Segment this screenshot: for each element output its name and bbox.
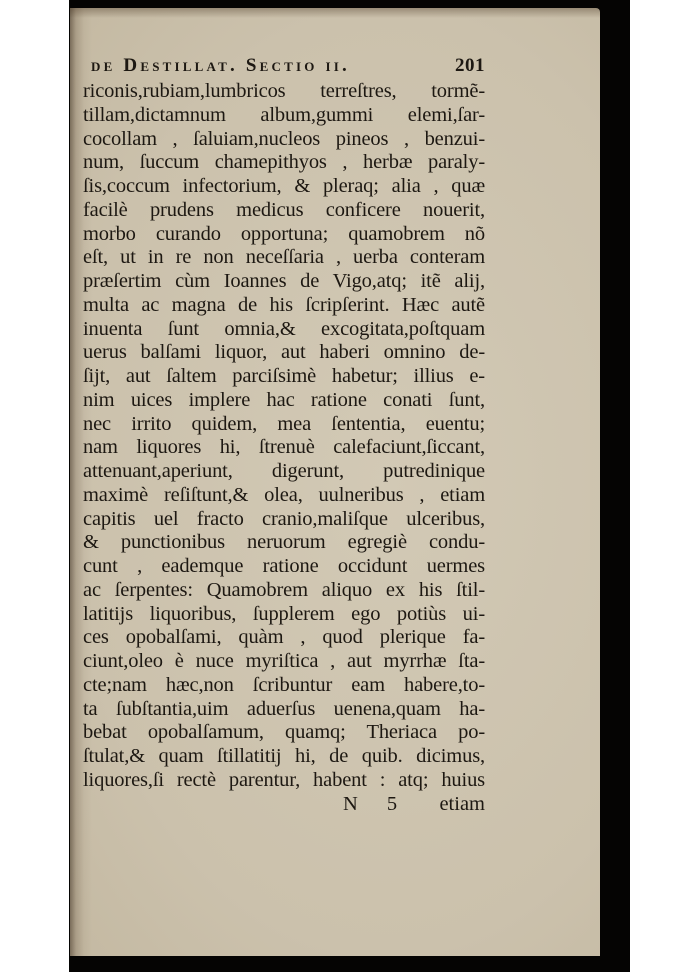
catchline: N 5 etiam: [83, 793, 485, 817]
text-line: nim uices implere hac ratione conati ſun…: [83, 389, 485, 413]
text-line: uerus balſami liquor, aut haberi omnino …: [83, 341, 485, 365]
text-line: maximè reſiſtunt,& olea, uulneribus , et…: [83, 484, 485, 508]
text-line: inuenta ſunt omnia,& excogitata,poſtquam: [83, 318, 485, 342]
text-line: liquores,ſi rectè parentur, habent : atq…: [83, 769, 485, 793]
text-line: tillam,dictamnum album,gummi elemi,ſar-: [83, 104, 485, 128]
body-text: riconis,rubiam,lumbricos terreſtres, tor…: [83, 80, 485, 793]
text-line: nam liquores hi, ſtrenuè calefaciunt,ſic…: [83, 436, 485, 460]
text-line: ſtulat,& quam ſtillatitij hi, de quib. d…: [83, 745, 485, 769]
text-line: eſt, ut in re non neceſſaria , uerba con…: [83, 246, 485, 270]
text-line: ces opobalſami, quàm , quod plerique fa-: [83, 626, 485, 650]
text-line: præſertim cùm Ioannes de Vigo,atq; itẽ a…: [83, 270, 485, 294]
text-line: capitis uel fracto cranio,maliſque ulcer…: [83, 508, 485, 532]
catchword: etiam: [439, 793, 485, 816]
running-head: de Destillat. Sectio ii. 201: [83, 55, 485, 79]
text-line: ta ſubſtantia,uim aduerſus uenena,quam h…: [83, 698, 485, 722]
text-line: num, ſuccum chamepithyos , herbæ paraly-: [83, 151, 485, 175]
text-line: morbo curando opportuna; quamobrem nõ: [83, 223, 485, 247]
text-line: cte;nam hæc,non ſcribuntur eam habere,to…: [83, 674, 485, 698]
running-head-title: de Destillat. Sectio ii.: [91, 55, 350, 77]
page-number: 201: [455, 55, 485, 77]
text-line: multa ac magna de his ſcripſerint. Hæc a…: [83, 294, 485, 318]
text-line: ac ſerpentes: Quamobrem aliquo ex his ſt…: [83, 579, 485, 603]
scan-background: de Destillat. Sectio ii. 201 riconis,rub…: [69, 0, 630, 972]
text-line: ſis,coccum infectorium, & pleraq; alia ,…: [83, 175, 485, 199]
text-line: riconis,rubiam,lumbricos terreſtres, tor…: [83, 80, 485, 104]
text-line: ciunt,oleo è nuce myriſtica , aut myrrhæ…: [83, 650, 485, 674]
text-line: latitijs liquoribus, ſupplerem ego potiù…: [83, 603, 485, 627]
text-line: nec irrito quidem, mea ſententia, euentu…: [83, 413, 485, 437]
text-line: cunt , eademque ratione occidunt uermes: [83, 555, 485, 579]
text-line: ſijt, aut ſaltem parciſsimè habetur; ill…: [83, 365, 485, 389]
text-line: attenuant,aperiunt, digerunt, putrediniq…: [83, 460, 485, 484]
text-line: bebat opobalſamum, quamq; Theriaca po-: [83, 721, 485, 745]
text-line: cocollam , ſaluiam,nucleos pineos , benz…: [83, 128, 485, 152]
text-line: facilè prudens medicus conficere nouerit…: [83, 199, 485, 223]
signature-mark: N 5: [343, 793, 409, 816]
book-page: de Destillat. Sectio ii. 201 riconis,rub…: [70, 8, 600, 956]
text-line: & punctionibus neruorum egregiè condu-: [83, 531, 485, 555]
